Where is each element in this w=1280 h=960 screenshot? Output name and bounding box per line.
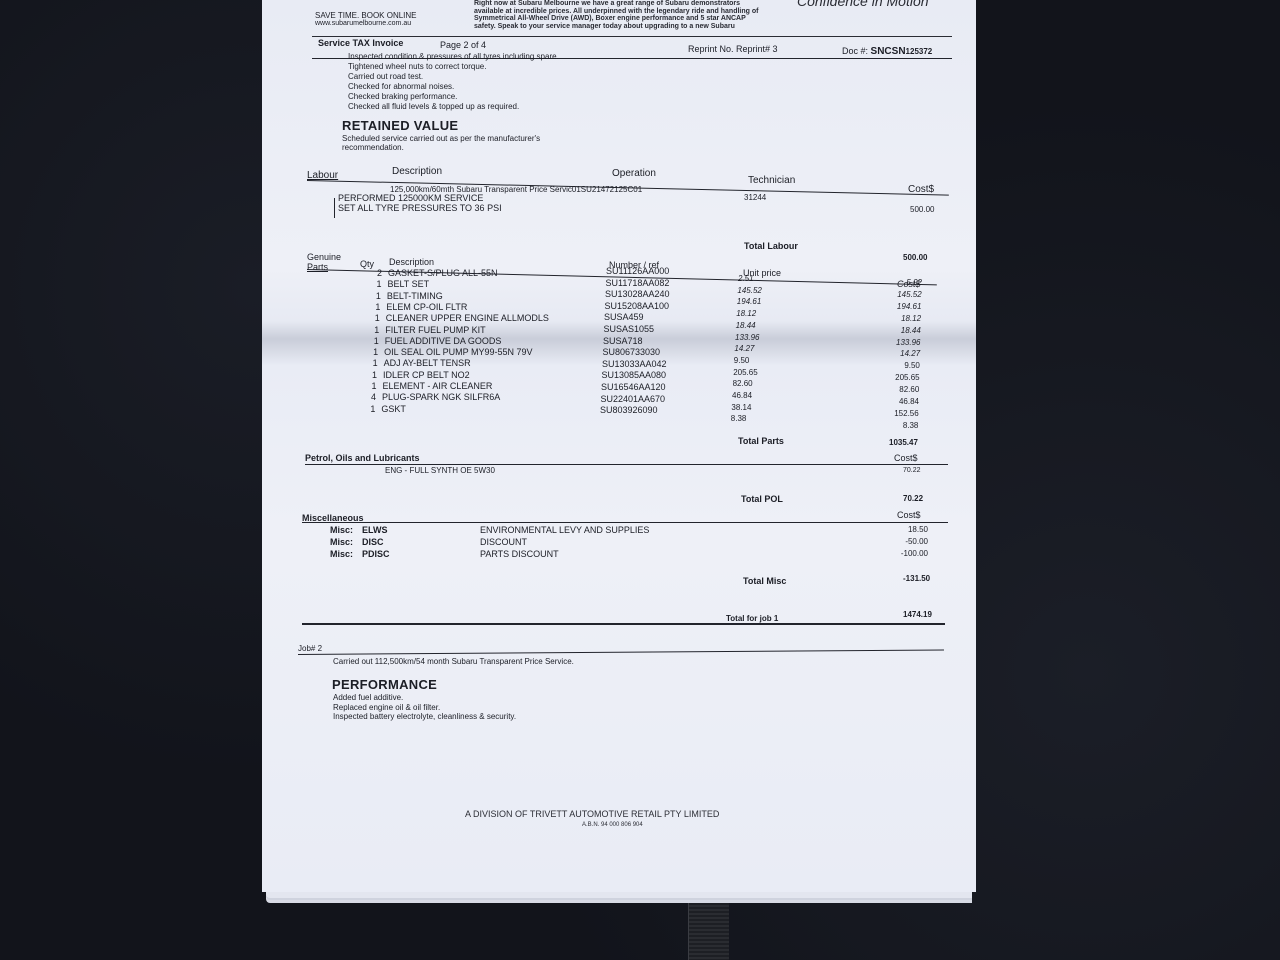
job-total-label: Total for job 1 (726, 614, 778, 623)
total-pol-value: 70.22 (903, 494, 923, 503)
part-qty: 2 (377, 268, 382, 278)
misc-description: DISCOUNT (480, 537, 527, 547)
table-row: 1IDLER CP BELT NO2SU13085AA08082.6082.60 (262, 370, 976, 381)
performance-title: PERFORMANCE (332, 677, 437, 692)
checks-list: Inspected condition & pressures of all t… (348, 52, 559, 112)
part-qty: 1 (375, 302, 380, 312)
table-row: Misc:PDISCPARTS DISCOUNT-100.00 (262, 549, 976, 560)
total-labour-label: Total Labour (744, 241, 798, 251)
doc-number: Doc #: SNCSN125372 (842, 46, 932, 57)
misc-code: PDISC (362, 549, 390, 559)
website-link[interactable]: www.subarumelbourne.com.au (315, 20, 411, 27)
job2-heading: Job# 2 (298, 644, 322, 653)
total-parts-label: Total Parts (738, 436, 784, 446)
page-number: Page 2 of 4 (440, 40, 486, 50)
part-part-number: SU16546AA120 (601, 382, 666, 392)
part-part-number: SUSAS1055 (604, 324, 655, 334)
tagline: Confidence in Motion (797, 0, 929, 9)
part-qty: 1 (376, 279, 381, 289)
labour-notes: PERFORMED 125000KM SERVICE SET ALL TYRE … (338, 193, 502, 213)
job-total-rule (302, 623, 945, 625)
part-part-number: SU22401AA670 (601, 394, 666, 404)
labour-col-operation: Operation (612, 168, 656, 179)
part-description: FUEL ADDITIVE DA GOODS (385, 336, 502, 346)
total-labour-value: 500.00 (903, 253, 927, 262)
part-description: ADJ AY-BELT TENSR (384, 358, 471, 368)
labour-cost: 500.00 (910, 205, 934, 214)
misc-code: ELWS (362, 525, 388, 535)
part-description: GASKET-S/PLUG ALL-55N (388, 268, 498, 278)
pol-cost: 70.22 (903, 467, 921, 474)
part-part-number: SU806733030 (603, 347, 661, 357)
table-row: Misc:ELWSENVIRONMENTAL LEVY AND SUPPLIES… (262, 525, 976, 536)
misc-cost: 18.50 (880, 525, 928, 534)
misc-description: PARTS DISCOUNT (480, 549, 559, 559)
note-bar (334, 198, 335, 218)
part-qty: 1 (370, 404, 375, 414)
part-description: BELT SET (387, 279, 429, 289)
part-description: ELEM CP-OIL FLTR (386, 302, 467, 312)
part-description: BELT-TIMING (387, 291, 443, 301)
misc-label: Misc: (330, 525, 353, 535)
misc-description: ENVIRONMENTAL LEVY AND SUPPLIES (480, 525, 649, 535)
pol-heading: Petrol, Oils and Lubricants (305, 453, 420, 463)
reprint-number: Reprint No. Reprint# 3 (688, 44, 778, 54)
misc-col-cost: Cost$ (897, 510, 921, 520)
table-row: 1FUEL ADDITIVE DA GOODSSUSA71814.2714.27 (262, 336, 976, 347)
table-row: Misc:DISCDISCOUNT-50.00 (262, 537, 976, 548)
part-description: IDLER CP BELT NO2 (383, 370, 470, 380)
part-description: PLUG-SPARK NGK SILFR6A (382, 392, 500, 402)
table-row: 1CLEANER UPPER ENGINE ALLMODLSSUSA45918.… (262, 313, 976, 324)
performance-list: Added fuel additive. Replaced engine oil… (333, 693, 516, 722)
part-line-cost: 8.38 (878, 421, 918, 430)
misc-label: Misc: (330, 549, 353, 559)
part-qty: 1 (373, 358, 378, 368)
misc-code: DISC (362, 537, 384, 547)
pol-col-cost: Cost$ (894, 453, 918, 463)
misc-cost: -50.00 (880, 537, 928, 546)
table-row: 1ADJ AY-BELT TENSRSU13033AA042205.65205.… (262, 358, 976, 369)
labour-col-technician: Technician (748, 175, 795, 186)
labour-technician: 31244 (744, 193, 766, 202)
misc-rule (302, 522, 948, 523)
part-qty: 1 (374, 336, 379, 346)
job-total-value: 1474.19 (903, 610, 932, 619)
parts-col-description: Description (389, 257, 434, 267)
part-part-number: SU13033AA042 (602, 359, 667, 369)
part-qty: 1 (373, 347, 378, 357)
part-part-number: SU13085AA080 (602, 370, 667, 380)
total-pol-label: Total POL (741, 494, 783, 504)
part-description: FILTER FUEL PUMP KIT (385, 325, 485, 335)
part-part-number: SU15208AA100 (605, 301, 670, 311)
total-misc-value: -131.50 (903, 574, 930, 583)
part-part-number: SU11126AA000 (606, 266, 669, 276)
part-qty: 4 (371, 392, 376, 402)
part-description: CLEANER UPPER ENGINE ALLMODLS (386, 313, 549, 323)
misc-cost: -100.00 (880, 549, 928, 558)
part-part-number: SU803926090 (600, 405, 658, 415)
table-row: 1GSKTSU8039260908.388.38 (262, 404, 976, 415)
ad-text: Right now at Subaru Melbourne we have a … (474, 0, 758, 30)
doc-type: Service TAX Invoice (318, 38, 403, 48)
table-row: 1ELEM CP-OIL FLTRSU15208AA10018.1218.12 (262, 302, 976, 313)
retained-value-title: RETAINED VALUE (342, 118, 458, 133)
part-qty: 1 (376, 291, 381, 301)
part-description: OIL SEAL OIL PUMP MY99-55N 79V (384, 347, 532, 357)
table-row: 1ELEMENT - AIR CLEANERSU16546AA12046.844… (262, 381, 976, 392)
part-description: ELEMENT - AIR CLEANER (383, 381, 493, 391)
promo-line: SAVE TIME. BOOK ONLINE (315, 11, 417, 20)
pol-rule (305, 464, 948, 465)
part-part-number: SUSA459 (604, 312, 644, 322)
invoice-page: Confidence in Motion SAVE TIME. BOOK ONL… (262, 0, 976, 892)
job2-rule (298, 649, 944, 655)
part-qty: 1 (374, 325, 379, 335)
footer-company: A DIVISION OF TRIVETT AUTOMOTIVE RETAIL … (465, 809, 719, 819)
part-part-number: SU13028AA240 (605, 289, 670, 299)
part-qty: 1 (375, 313, 380, 323)
part-qty: 1 (372, 381, 377, 391)
labour-col-description: Description (392, 166, 442, 177)
misc-label: Misc: (330, 537, 353, 547)
table-row: 1FILTER FUEL PUMP KITSUSAS1055133.96133.… (262, 325, 976, 336)
footer-abn: A.B.N. 94 000 806 904 (582, 822, 643, 828)
total-parts-value: 1035.47 (889, 438, 918, 447)
part-description: GSKT (381, 404, 406, 414)
table-row: 4PLUG-SPARK NGK SILFR6ASU22401AA67038.14… (262, 392, 976, 403)
pol-item: ENG - FULL SYNTH OE 5W30 (385, 466, 495, 475)
part-qty: 1 (372, 370, 377, 380)
table-row: 1OIL SEAL OIL PUMP MY99-55N 79VSU8067330… (262, 347, 976, 358)
part-unit-price: 8.38 (731, 414, 747, 423)
total-misc-label: Total Misc (743, 576, 786, 586)
fabric-strap (688, 895, 729, 960)
part-part-number: SUSA718 (603, 336, 643, 346)
retained-value-text: Scheduled service carried out as per the… (342, 134, 540, 152)
part-part-number: SU11718AA082 (606, 278, 670, 288)
job2-summary: Carried out 112,500km/54 month Subaru Tr… (333, 657, 574, 666)
